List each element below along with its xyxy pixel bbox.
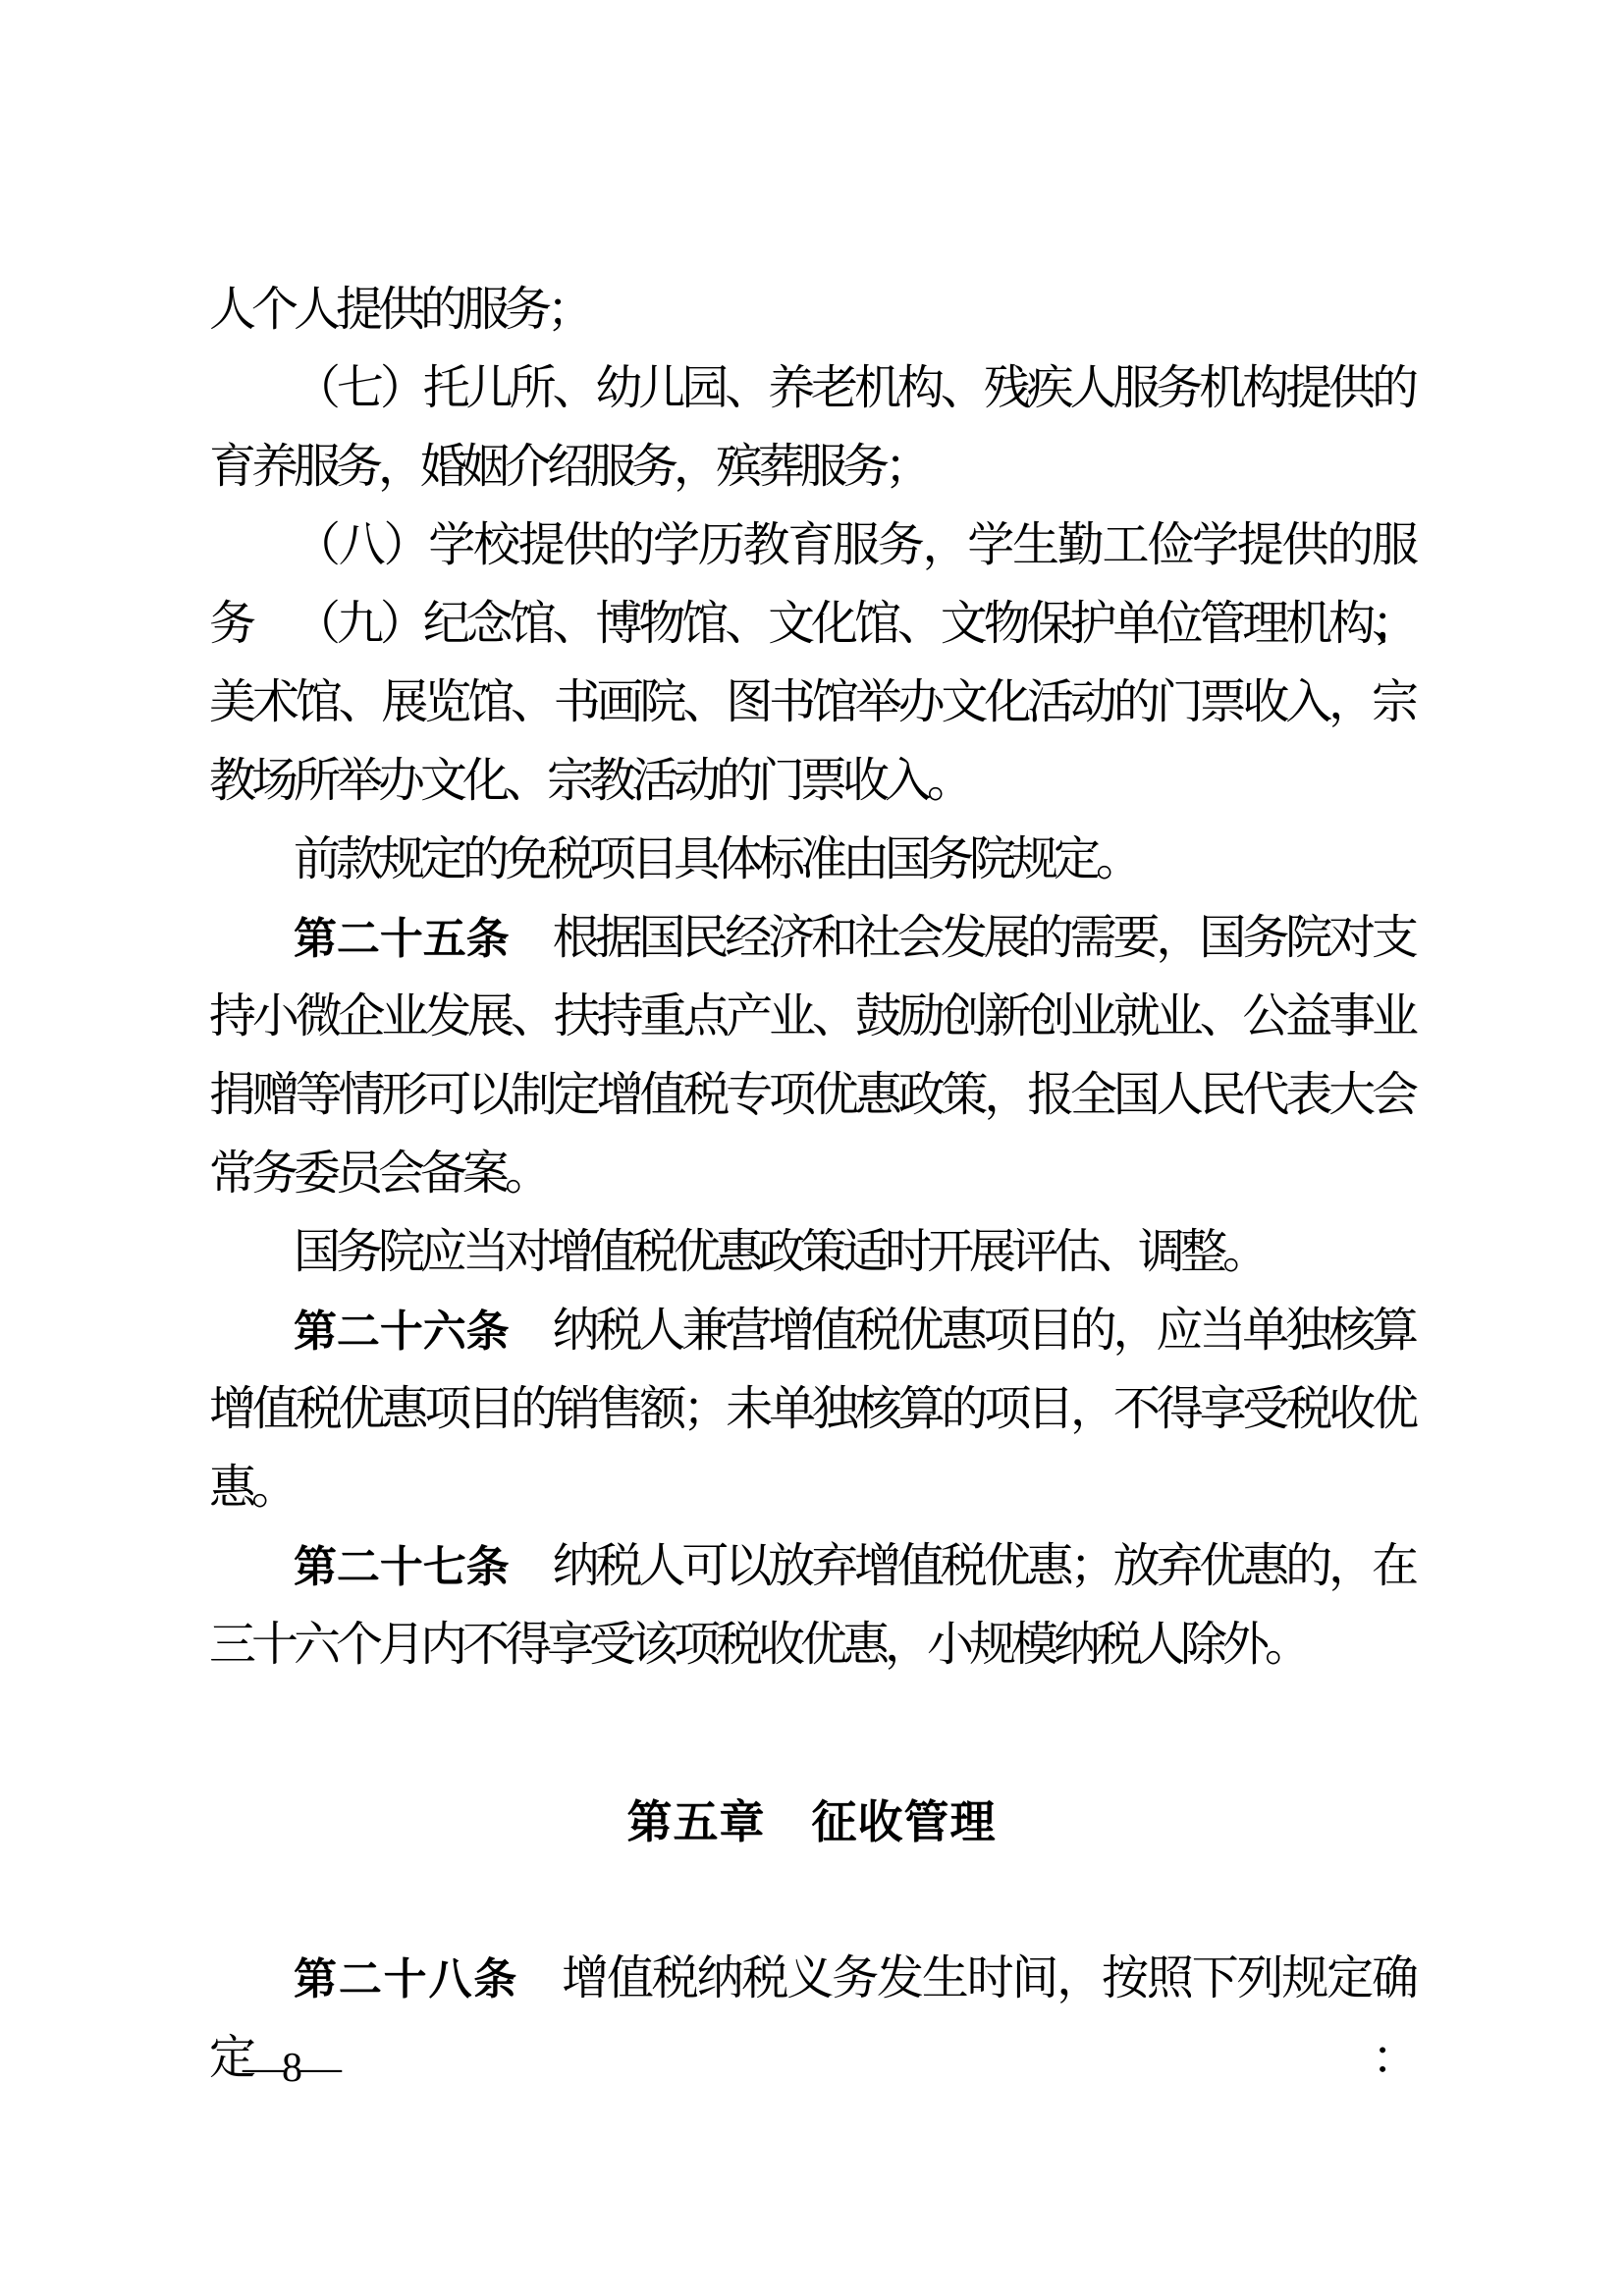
article-26-line-1: 第二十六条纳税人兼营增值税优惠项目的，应当单独核算 <box>209 1292 1414 1370</box>
line-continuation: 人个人提供的服务； <box>209 271 1414 349</box>
article-25-line-3: 捐赠等情形可以制定增值税专项优惠政策，报全国人民代表大会 <box>209 1056 1414 1135</box>
item-seven-line-1: （七）托儿所、幼儿园、养老机构、残疾人服务机构提供的 <box>209 349 1414 428</box>
article-26-number: 第二十六条 <box>294 1308 510 1356</box>
section-gap <box>209 1861 1414 1940</box>
article-25-line-2: 持小微企业发展、扶持重点产业、鼓励创新创业就业、公益事业 <box>209 978 1414 1056</box>
article-28-line: 第二十八条增值税纳税义务发生时间，按照下列规定确定： <box>209 1940 1414 2018</box>
article-27-line-2: 三十六个月内不得享受该项税收优惠，小规模纳税人除外。 <box>209 1606 1414 1684</box>
article-25-para-2-line: 国务院应当对增值税优惠政策适时开展评估、调整。 <box>209 1213 1414 1292</box>
item-seven-line-2: 育养服务，婚姻介绍服务，殡葬服务； <box>209 428 1414 507</box>
article-27-text: 纳税人可以放弃增值税优惠；放弃优惠的，在 <box>553 1540 1414 1592</box>
article-25-line-4: 常务委员会备案。 <box>209 1135 1414 1213</box>
article-25-number: 第二十五条 <box>294 915 510 963</box>
article-26-line-2: 增值税优惠项目的销售额；未单独核算的项目，不得享受税收优 <box>209 1370 1414 1449</box>
document-page: 人个人提供的服务； （七）托儿所、幼儿园、养老机构、残疾人服务机构提供的 育养服… <box>0 0 1624 2296</box>
article-27-number: 第二十七条 <box>294 1543 510 1591</box>
section-gap <box>209 1684 1414 1783</box>
article-25-line-1: 第二十五条根据国民经济和社会发展的需要，国务院对支 <box>209 899 1414 978</box>
article-25-text: 根据国民经济和社会发展的需要，国务院对支 <box>553 912 1414 964</box>
item-eight-line: （八）学校提供的学历教育服务，学生勤工俭学提供的服务； <box>209 507 1414 585</box>
body-text: 人个人提供的服务； （七）托儿所、幼儿园、养老机构、残疾人服务机构提供的 育养服… <box>209 271 1414 2018</box>
article-26-text: 纳税人兼营增值税优惠项目的，应当单独核算 <box>553 1305 1414 1357</box>
article-27-line-1: 第二十七条纳税人可以放弃增值税优惠；放弃优惠的，在 <box>209 1527 1414 1606</box>
item-nine-line-3: 教场所举办文化、宗教活动的门票收入。 <box>209 742 1414 821</box>
article-26-line-3: 惠。 <box>209 1449 1414 1527</box>
page-number: —8— <box>243 2048 340 2089</box>
chapter-5-heading: 第五章 征收管理 <box>209 1783 1414 1861</box>
item-nine-line-2: 美术馆、展览馆、书画院、图书馆举办文化活动的门票收入，宗 <box>209 664 1414 742</box>
item-nine-line-1: （九）纪念馆、博物馆、文化馆、文物保护单位管理机构、 <box>209 585 1414 664</box>
standards-paragraph-line: 前款规定的免税项目具体标准由国务院规定。 <box>209 821 1414 899</box>
article-28-number: 第二十八条 <box>294 1955 518 2003</box>
